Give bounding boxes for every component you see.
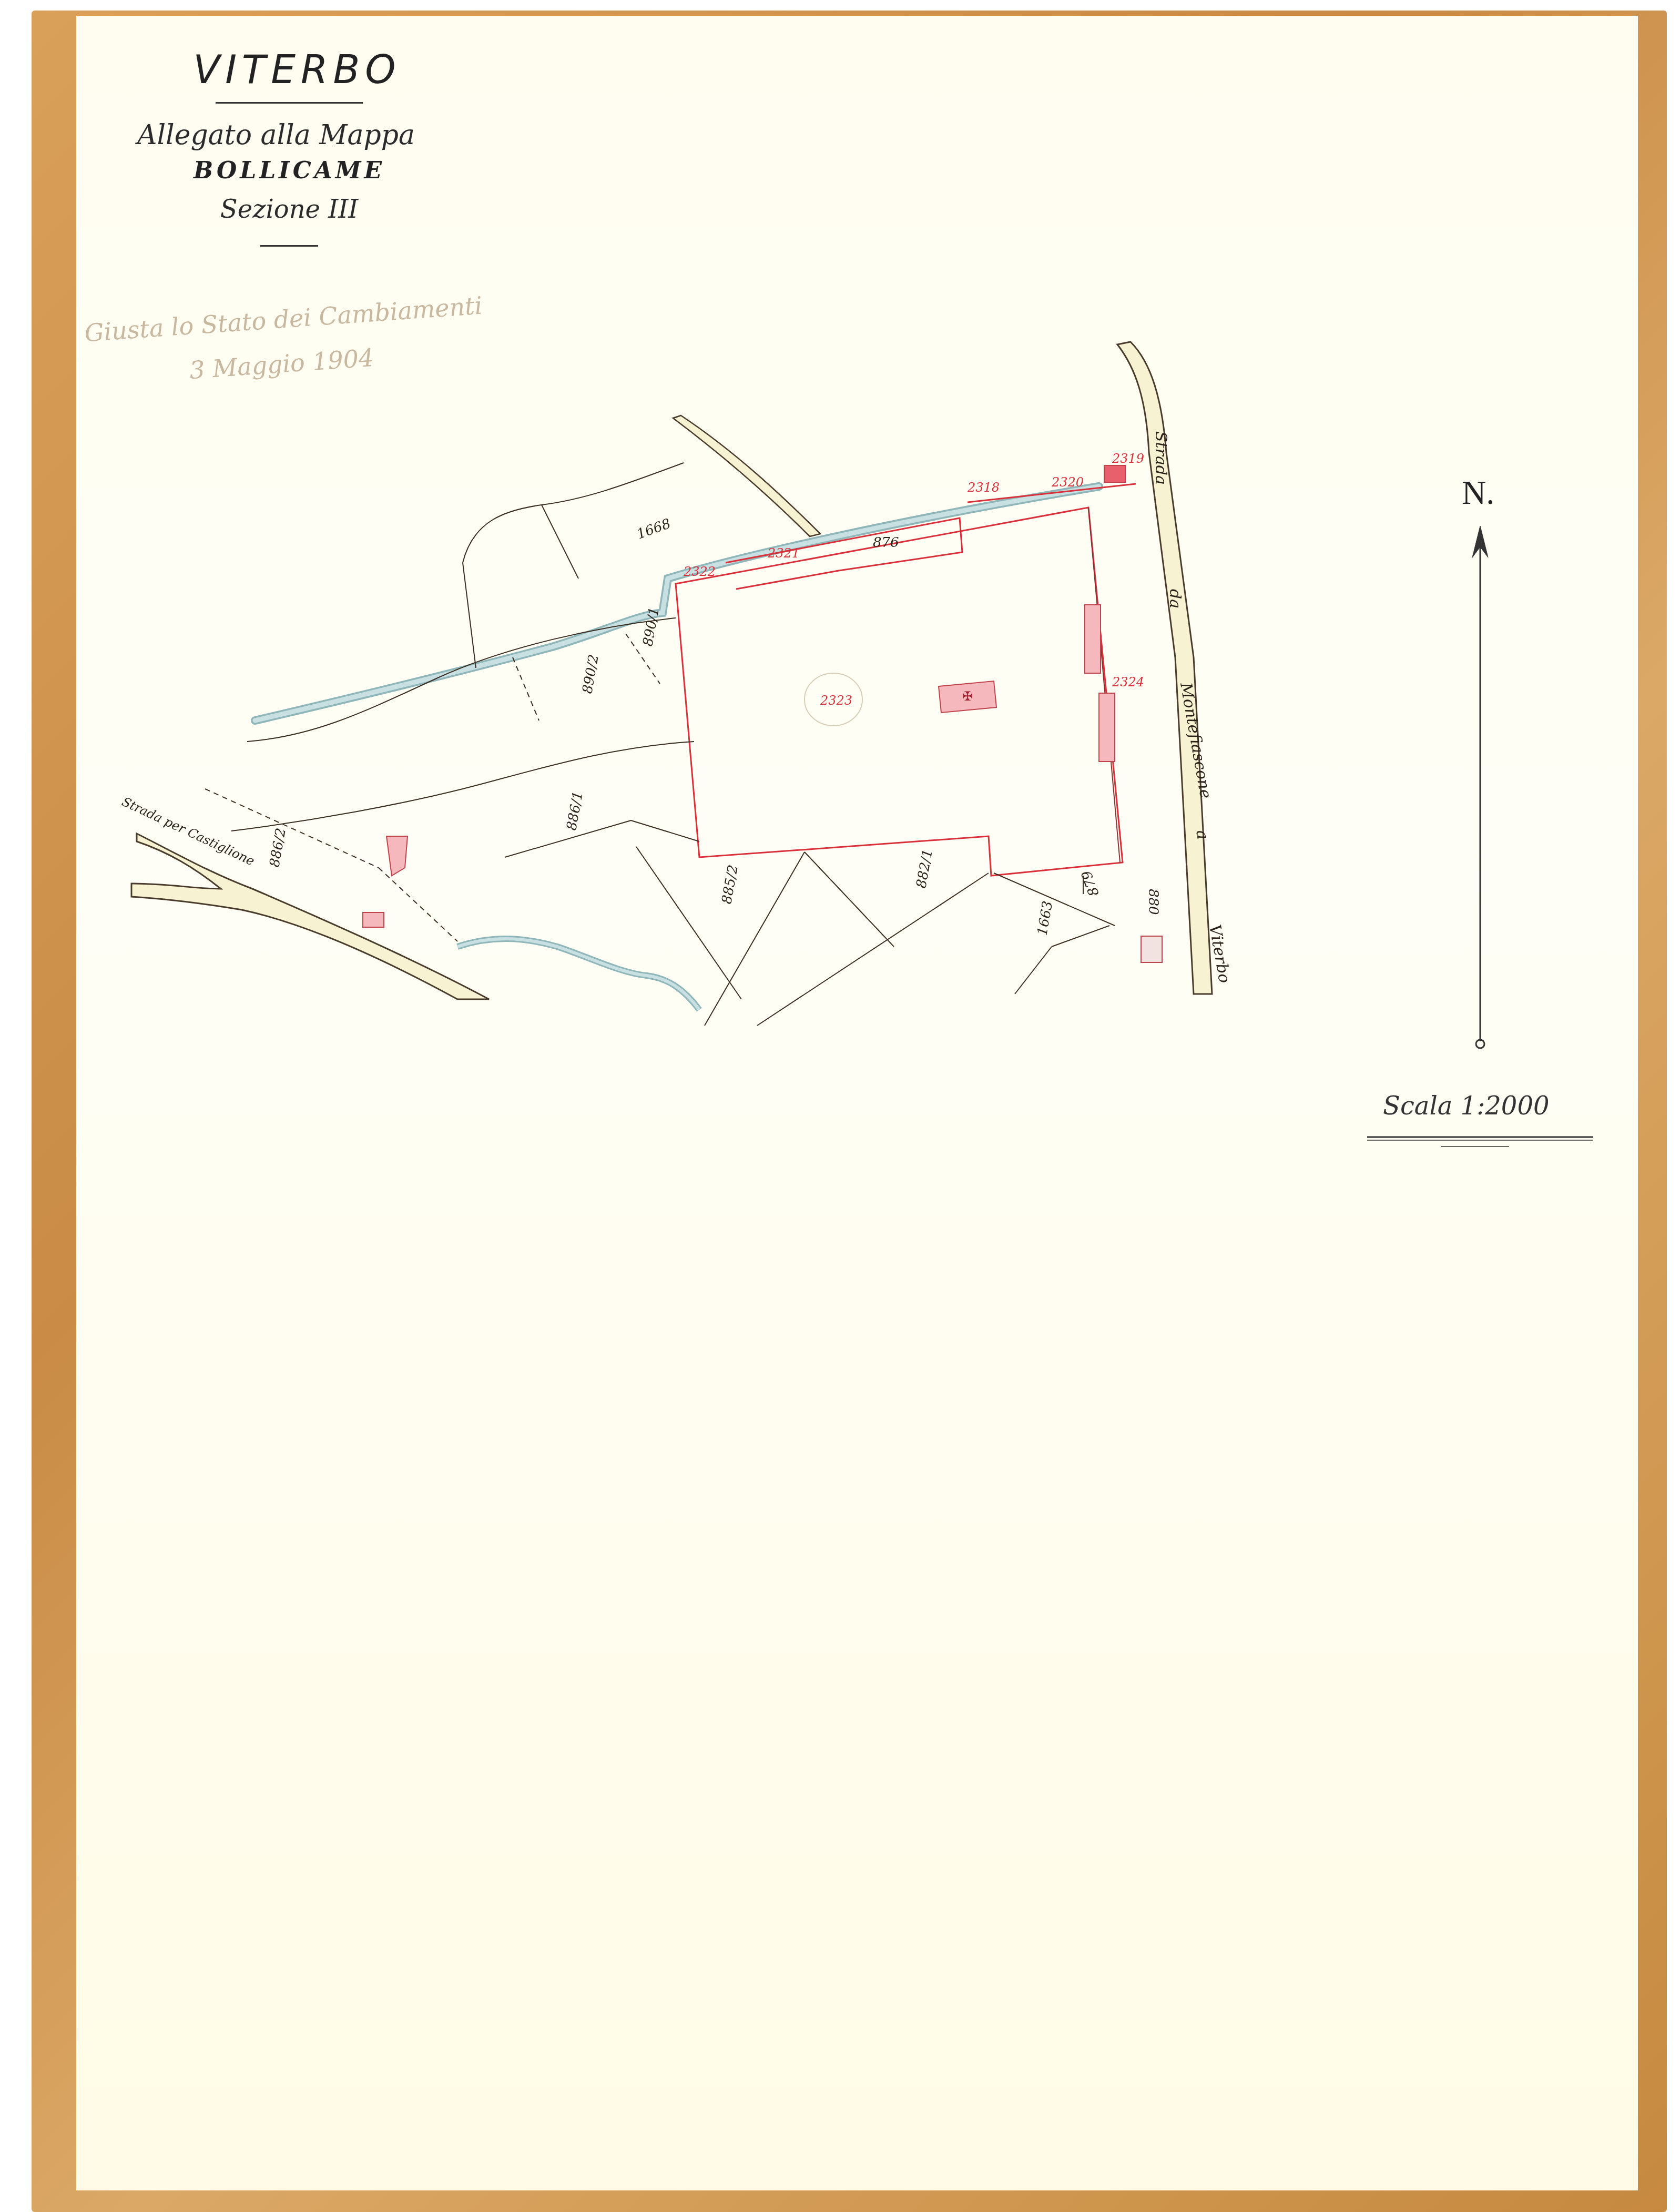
parcel-2319: 2319 bbox=[1112, 451, 1144, 466]
cross-icon: ✠ bbox=[962, 690, 973, 704]
parcel-879: 879 bbox=[1078, 868, 1102, 898]
parcel-876: 876 bbox=[873, 535, 899, 551]
parcel-1668: 1668 bbox=[635, 516, 673, 543]
parcel-2323-boundary bbox=[676, 508, 1123, 876]
road-label-strada: Strada bbox=[1152, 431, 1170, 485]
stream-south bbox=[457, 939, 699, 1010]
north-arrow bbox=[1472, 526, 1488, 1048]
building-2319 bbox=[1104, 465, 1125, 482]
parcel-2324: 2324 bbox=[1112, 675, 1144, 689]
parcel-2318: 2318 bbox=[967, 480, 1000, 495]
parcel-2320: 2320 bbox=[1051, 475, 1084, 490]
building-2324-south bbox=[1099, 693, 1115, 762]
side-road bbox=[131, 834, 489, 999]
parcel-885-2: 885/2 bbox=[719, 864, 741, 905]
building-2324-north bbox=[1085, 605, 1101, 673]
parcel-2323: 2323 bbox=[820, 693, 852, 708]
parcel-886-1: 886/1 bbox=[564, 790, 586, 831]
north-lane bbox=[673, 415, 820, 536]
parcel-882-1: 882/1 bbox=[913, 848, 936, 889]
farm-outbuilding bbox=[363, 912, 384, 927]
road-building bbox=[1141, 936, 1162, 962]
parcel-2321: 2321 bbox=[767, 546, 800, 561]
parcel-880: 880 bbox=[1145, 889, 1161, 915]
side-road-label: Strada per Castiglione bbox=[119, 794, 257, 869]
parcel-lines-north bbox=[463, 463, 684, 563]
road-label-da: da bbox=[1166, 589, 1184, 608]
cadastral-map: ✠ 1668 876 890/1 890/2 886/1 886/2 885/2… bbox=[0, 0, 1680, 2212]
parcel-1663: 1663 bbox=[1034, 900, 1056, 937]
parcel-890-2: 890/2 bbox=[579, 653, 602, 695]
parcel-2322: 2322 bbox=[683, 564, 716, 579]
farm-building bbox=[386, 836, 408, 876]
parcel-886-2: 886/2 bbox=[267, 827, 289, 868]
